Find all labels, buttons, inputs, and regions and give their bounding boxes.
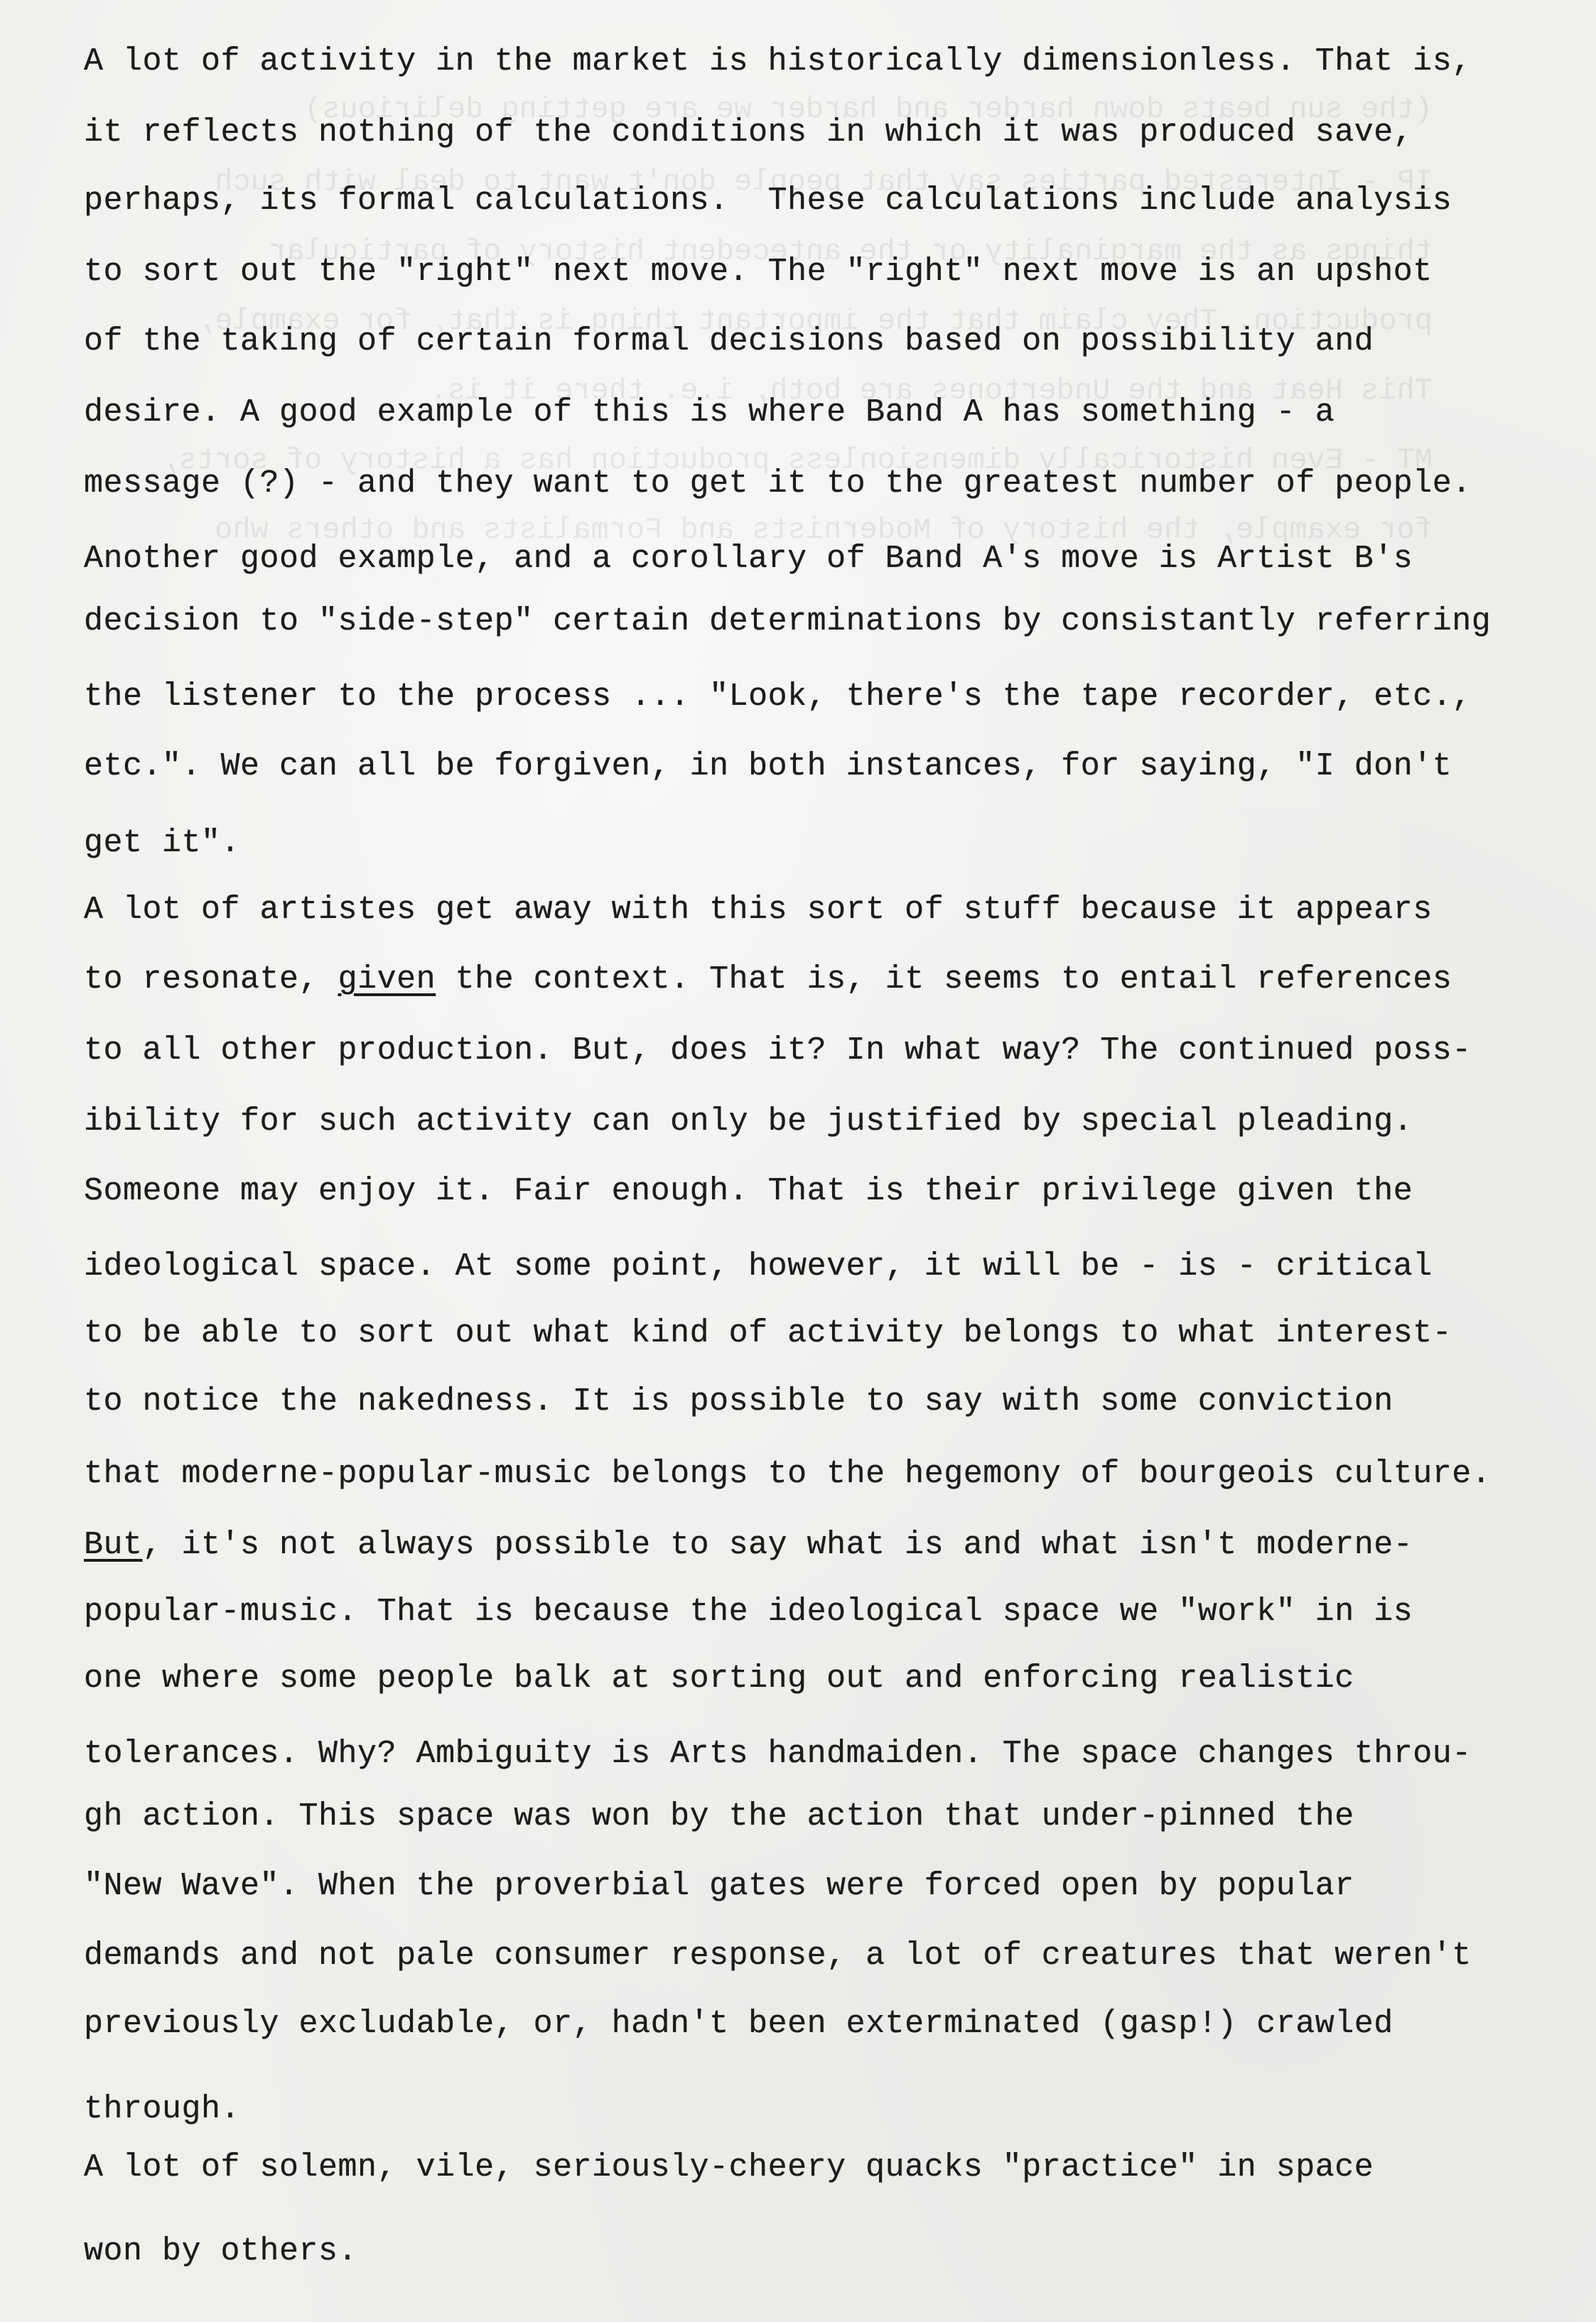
text-line: gh action. This space was won by the act…: [84, 1800, 1354, 1832]
underlined-word: given: [338, 961, 436, 998]
text-line: "New Wave". When the proverbial gates we…: [84, 1870, 1354, 1902]
text-run: to resonate,: [84, 961, 338, 998]
text-line: to notice the nakedness. It is possible …: [84, 1386, 1393, 1417]
text-line: message (?) - and they want to get it to…: [84, 468, 1472, 499]
text-line: decision to "side-step" certain determin…: [84, 605, 1491, 637]
underlined-word: But: [84, 1527, 143, 1563]
text-line: the listener to the process ... "Look, t…: [84, 681, 1472, 713]
text-line: tolerances. Why? Ambiguity is Arts handm…: [84, 1738, 1472, 1770]
text-line: Another good example, and a corollary of…: [84, 543, 1413, 575]
text-line: Someone may enjoy it. Fair enough. That …: [84, 1175, 1413, 1207]
text-line: perhaps, its formal calculations. These …: [84, 185, 1452, 217]
text-line: desire. A good example of this is where …: [84, 396, 1335, 428]
text-line: of the taking of certain formal decision…: [84, 325, 1374, 357]
text-line: it reflects nothing of the conditions in…: [84, 117, 1413, 148]
text-line: demands and not pale consumer response, …: [84, 1940, 1472, 1972]
text-run: , it's not always possible to say what i…: [143, 1527, 1413, 1563]
text-line: A lot of artistes get away with this sor…: [84, 894, 1433, 926]
text-line: A lot of activity in the market is histo…: [84, 45, 1472, 77]
text-line: A lot of solemn, vile, seriously-cheery …: [84, 2151, 1374, 2183]
text-line: ibility for such activity can only be ju…: [84, 1106, 1413, 1138]
text-line: ideological space. At some point, howeve…: [84, 1251, 1433, 1282]
text-line: to all other production. But, does it? I…: [84, 1035, 1472, 1066]
text-line: won by others.: [84, 2235, 357, 2267]
text-line: one where some people balk at sorting ou…: [84, 1663, 1354, 1695]
text-line: previously excludable, or, hadn't been e…: [84, 2008, 1393, 2040]
text-line: etc.". We can all be forgiven, in both i…: [84, 750, 1452, 782]
text-line: get it".: [84, 827, 240, 859]
text-line: through.: [84, 2093, 240, 2125]
text-line: to be able to sort out what kind of acti…: [84, 1317, 1452, 1349]
text-line: popular-music. That is because the ideol…: [84, 1596, 1413, 1628]
text-line: to sort out the "right" next move. The "…: [84, 256, 1433, 288]
text-line: that moderne-popular-music belongs to th…: [84, 1458, 1491, 1490]
text-line: But, it's not always possible to say wha…: [84, 1529, 1413, 1561]
paper-page: (the sun beats down harder and harder we…: [0, 0, 1596, 2322]
text-line: to resonate, given the context. That is,…: [84, 963, 1452, 995]
text-run: the context. That is, it seems to entail…: [436, 961, 1452, 998]
